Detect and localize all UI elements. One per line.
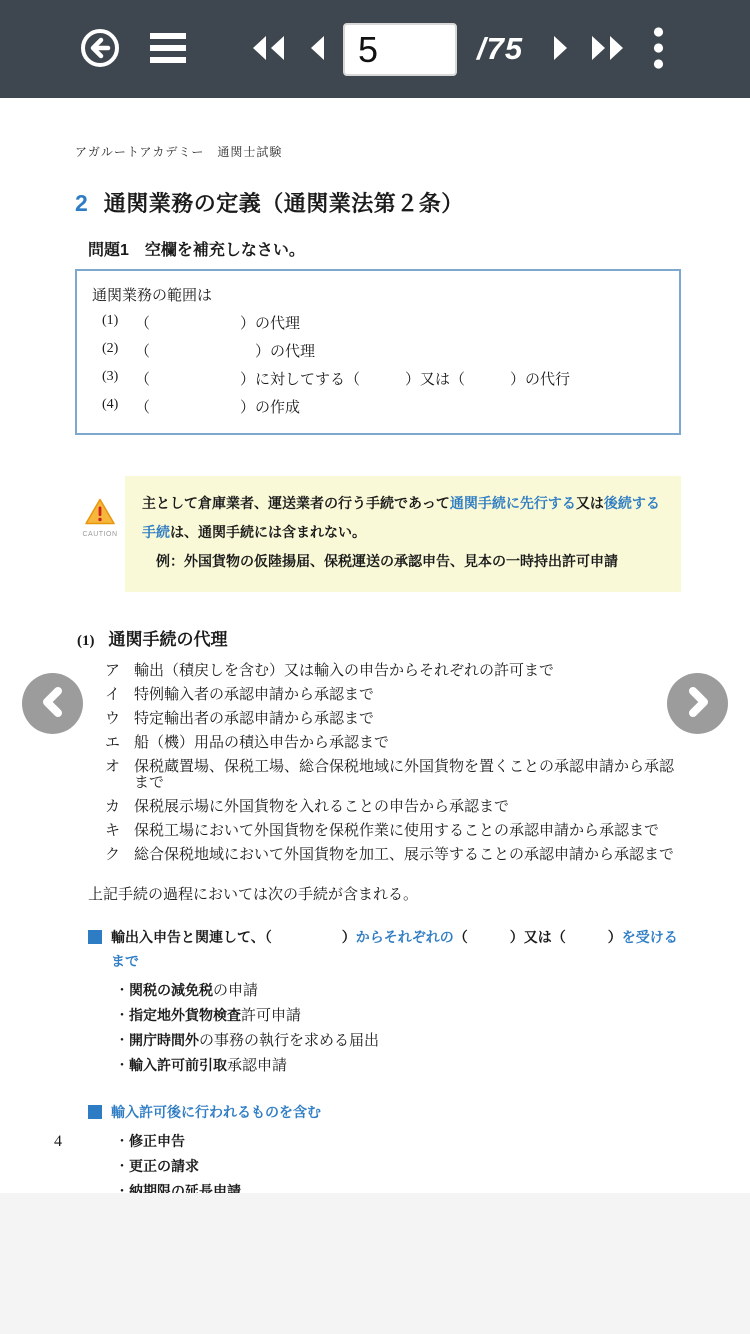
more-options-button[interactable] <box>636 0 680 98</box>
bullet-item: ・輸入許可前引取承認申請 <box>115 1056 681 1076</box>
pdf-page: アガルートアカデミー 通関士試験 2 通関業務の定義（通関業法第２条） 問題1 … <box>0 98 750 1193</box>
fill-in-box: 通関業務の範囲は (1) （ ）の代理 (2) （ ）の代理 (3) （ ）に対… <box>75 269 681 435</box>
blue-square-marker <box>88 1105 102 1119</box>
fill-box-row: (3) （ ）に対してする（ ）又は（ ）の代行 <box>92 368 665 389</box>
bullet-item: ・修正申告 <box>115 1132 681 1152</box>
page-footer-number: 4 <box>54 1133 62 1151</box>
double-chevron-left-icon <box>249 35 287 64</box>
bullet-item: ・指定地外貨物検査許可申請 <box>115 1006 681 1026</box>
previous-page-button[interactable] <box>300 0 334 98</box>
chevron-left-icon <box>39 686 67 721</box>
fill-box-row: (2) （ ）の代理 <box>92 340 665 361</box>
list-item: オ 保税蔵置場、保税工場、総合保税地域に外国貨物を置くことの承認申請から承認まで <box>75 759 681 791</box>
caution-triangle-icon <box>85 512 115 529</box>
subsection-heading: (1) 通関手続の代理 <box>77 625 681 650</box>
page-total-label: /75 <box>477 0 523 98</box>
section-title: 通関業務の定義（通関業法第２条） <box>104 187 464 218</box>
menu-button[interactable] <box>144 0 192 98</box>
list-item: カ 保税展示場に外国貨物を入れることの申告から承認まで <box>75 799 681 815</box>
list-item: キ 保税工場において外国貨物を保税作業に使用することの承認申請から承認まで <box>75 823 681 839</box>
list-note: 上記手続の過程においては次の手続が含まれる。 <box>88 883 681 904</box>
back-button[interactable] <box>76 0 124 98</box>
bullet-item: ・更正の請求 <box>115 1157 681 1177</box>
hamburger-icon <box>150 33 186 66</box>
fill-box-row: (4) （ ）の作成 <box>92 396 665 417</box>
chevron-right-icon <box>553 35 569 64</box>
caution-text: 主として倉庫業者、運送業者の行う手続であって通関手続に先行する又は後続する手続は… <box>142 489 665 547</box>
double-chevron-right-icon <box>589 35 627 64</box>
document-header-text: アガルートアカデミー 通関士試験 <box>75 143 681 160</box>
side-next-page-button[interactable] <box>667 673 728 734</box>
first-page-button[interactable] <box>244 0 292 98</box>
side-prev-page-button[interactable] <box>22 673 83 734</box>
list-item: イ 特例輸入者の承認申請から承認まで <box>75 687 681 703</box>
fill-box-intro: 通関業務の範囲は <box>92 284 665 305</box>
list-item: エ 船（機）用品の積込申告から承認まで <box>75 735 681 751</box>
bullet-item: ・関税の減免税の申請 <box>115 981 681 1001</box>
blue-square-marker <box>88 930 102 944</box>
caution-label: CAUTION <box>75 531 125 538</box>
related-procedures-block: 輸出入申告と関連して、（ ）からそれぞれの（ ）又は（ ）を受ける まで ・関税… <box>88 925 681 1076</box>
page-background-gutter <box>0 1193 750 1334</box>
bullet-item: ・開庁時間外の事務の執行を求める届出 <box>115 1031 681 1051</box>
fill-box-row: (1) （ ）の代理 <box>92 312 665 333</box>
chevron-left-icon <box>309 35 325 64</box>
vertical-dots-icon <box>653 27 664 72</box>
chevron-right-icon <box>684 686 712 721</box>
list-item: ク 総合保税地域において外国貨物を加工、展示等することの承認申請から承認まで <box>75 847 681 863</box>
arrow-left-circle-icon <box>79 27 121 72</box>
caution-block: CAUTION 主として倉庫業者、運送業者の行う手続であって通関手続に先行する又… <box>75 476 681 592</box>
block-heading-line2: まで <box>88 949 681 973</box>
subsection-title: 通関手続の代理 <box>109 625 228 650</box>
problem-label: 問題1 空欄を補充しなさい。 <box>88 237 681 260</box>
block-heading: 輸入許可後に行われるものを含む <box>88 1100 681 1124</box>
block-heading: 輸出入申告と関連して、（ ）からそれぞれの（ ）又は（ ）を受ける <box>88 925 681 949</box>
last-page-button[interactable] <box>584 0 632 98</box>
caution-text-box: 主として倉庫業者、運送業者の行う手続であって通関手続に先行する又は後続する手続は… <box>125 476 681 592</box>
list-item: ア 輸出（積戻しを含む）又は輸入の申告からそれぞれの許可まで <box>75 663 681 679</box>
next-page-button[interactable] <box>544 0 578 98</box>
list-item: ウ 特定輸出者の承認申請から承認まで <box>75 711 681 727</box>
page-number-input[interactable] <box>343 23 457 76</box>
section-number: 2 <box>75 190 88 217</box>
subsection-number: (1) <box>77 633 95 650</box>
caution-example: 例：外国貨物の仮陸揚届、保税運送の承認申告、見本の一時持出許可申請 <box>142 547 665 576</box>
kana-list: ア 輸出（積戻しを含む）又は輸入の申告からそれぞれの許可まで イ 特例輸入者の承… <box>75 663 681 863</box>
section-heading: 2 通関業務の定義（通関業法第２条） <box>75 187 681 218</box>
pdf-toolbar: /75 <box>0 0 750 98</box>
